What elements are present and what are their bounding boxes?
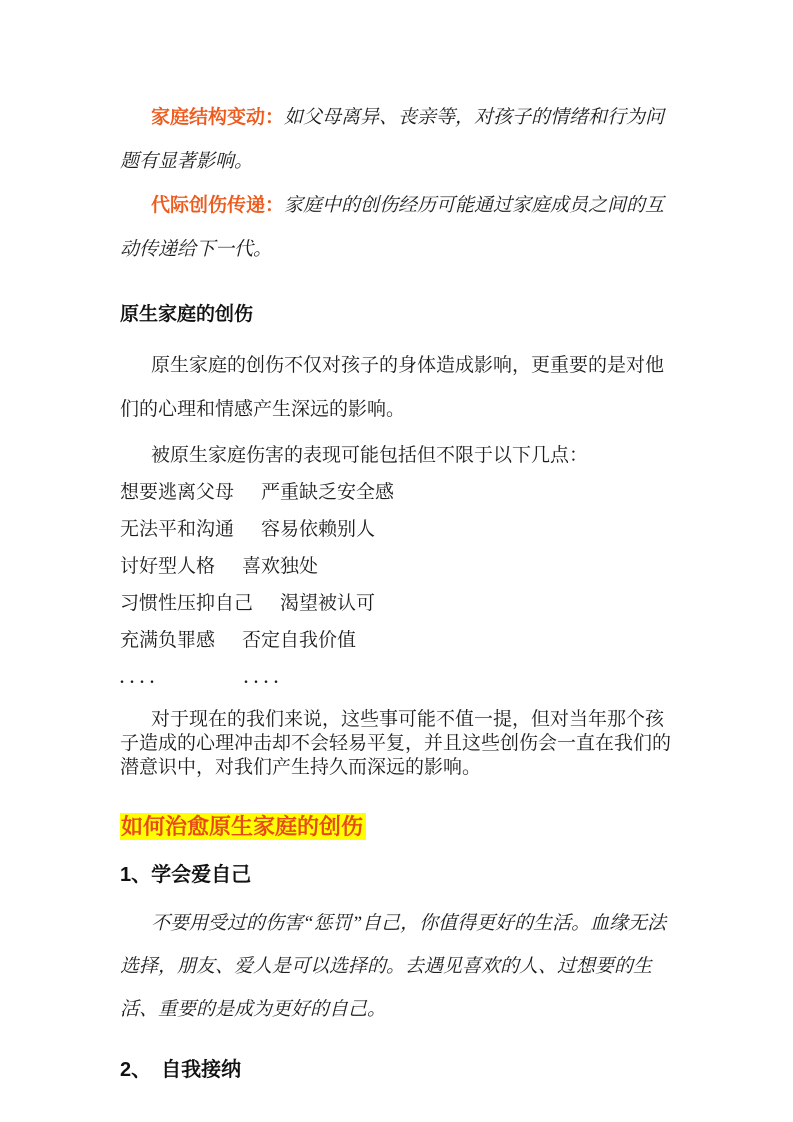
symptom-row: 想要逃离父母严重缺乏安全感 [120,474,677,511]
symptom-left: 充满负罪感 [120,630,215,651]
run-intergenerational-label: 代际创伤传递： [151,195,284,216]
heading-item-1-love-yourself: 1、学会爱自己 [120,862,677,888]
symptom-left: 习惯性压抑自己 [120,593,253,614]
symptom-right: 严重缺乏安全感 [261,482,394,503]
symptom-row: 充满负罪感否定自我价值 [120,622,677,659]
paragraph-trauma-impact: 原生家庭的创伤不仅对孩子的身体造成影响，更重要的是对他们的心理和情感产生深远的影… [120,344,677,432]
paragraph-symptoms-intro: 被原生家庭伤害的表现可能包括但不限于以下几点： [120,438,677,474]
symptom-row: 无法平和沟通容易依赖别人 [120,511,677,548]
highlighted-heading-text: 如何治愈原生家庭的创伤 [120,813,366,840]
symptom-right: 喜欢独处 [242,556,318,577]
run-family-structure-label: 家庭结构变动： [151,107,284,128]
symptom-row: 讨好型人格喜欢独处 [120,548,677,585]
heading-item-2-self-acceptance: 2、 自我接纳 [120,1057,677,1083]
paragraph-family-structure-change: 家庭结构变动：如父母离异、丧亲等，对孩子的情绪和行为问题有显著影响。 [120,96,677,184]
paragraph-love-yourself-body: 不要用受过的伤害“惩罚”自己，你值得更好的生活。血缘无法选择，朋友、爱人是可以选… [120,902,677,1031]
ellipsis-row: ........ [120,659,677,698]
heading-origin-family-trauma: 原生家庭的创伤 [120,302,677,328]
symptom-right: 渴望被认可 [280,593,375,614]
heading-how-to-heal: 如何治愈原生家庭的创伤 [120,812,677,842]
paragraph-intergenerational-trauma: 代际创伤传递：家庭中的创伤经历可能通过家庭成员之间的互动传递给下一代。 [120,184,677,272]
ellipsis-right: .... [244,670,284,687]
symptoms-list: 想要逃离父母严重缺乏安全感 无法平和沟通容易依赖别人 讨好型人格喜欢独处 习惯性… [120,474,677,659]
symptom-left: 讨好型人格 [120,556,215,577]
symptom-left: 想要逃离父母 [120,482,234,503]
ellipsis-left: .... [120,670,160,687]
symptom-right: 容易依赖别人 [261,519,375,540]
symptom-row: 习惯性压抑自己渴望被认可 [120,585,677,622]
paragraph-lasting-impact: 对于现在的我们来说，这些事可能不值一提，但对当年那个孩子造成的心理冲击却不会轻易… [120,708,677,780]
symptom-right: 否定自我价值 [242,630,356,651]
symptom-left: 无法平和沟通 [120,519,234,540]
document-page: 家庭结构变动：如父母离异、丧亲等，对孩子的情绪和行为问题有显著影响。 代际创伤传… [0,0,793,1122]
